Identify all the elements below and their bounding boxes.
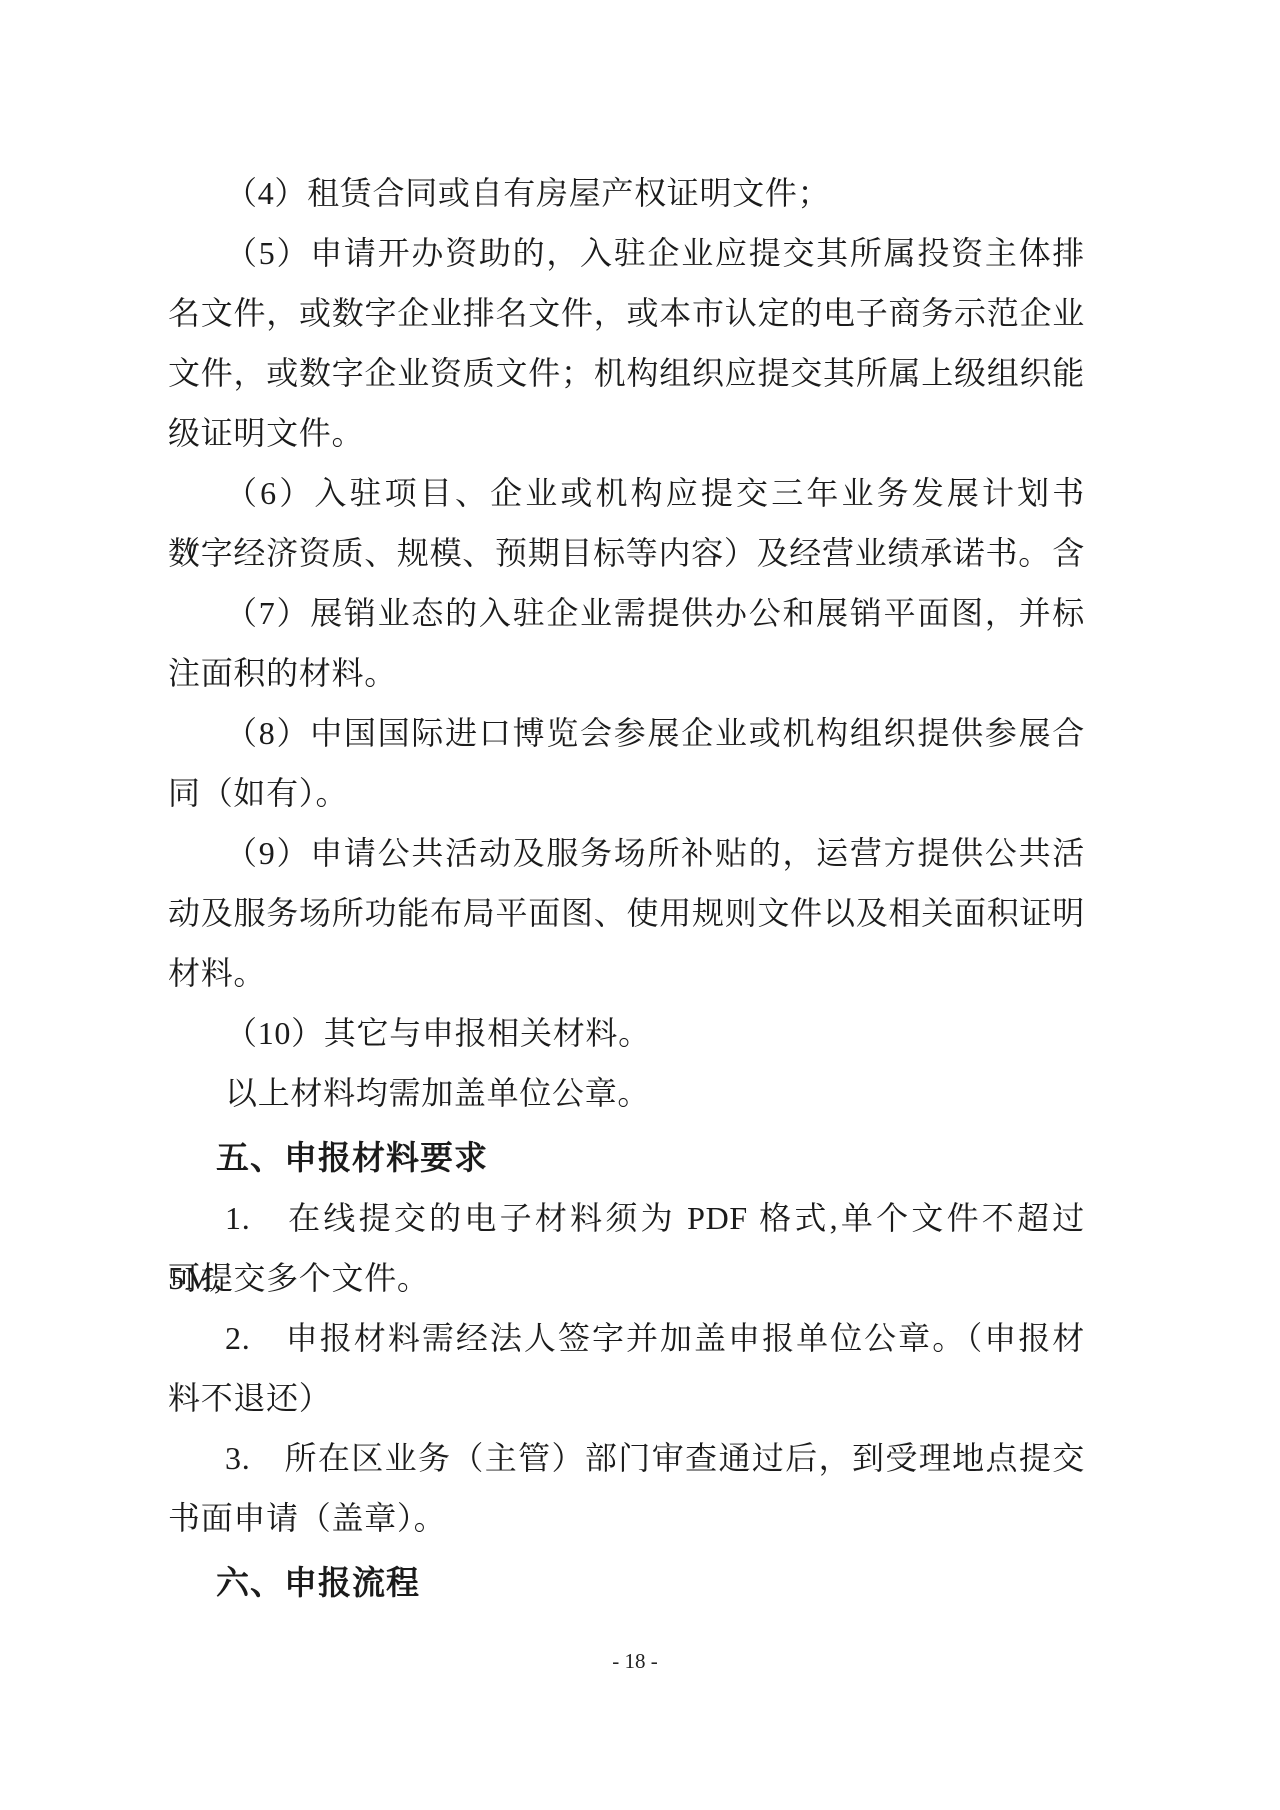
- text-line: 料不退还）: [168, 1368, 1085, 1428]
- text-line: （4）租赁合同或自有房屋产权证明文件；: [168, 163, 1085, 223]
- text-line: 3. 所在区业务（主管）部门审查通过后，到受理地点提交: [168, 1428, 1085, 1488]
- text-line: （5）申请开办资助的，入驻企业应提交其所属投资主体排: [168, 223, 1085, 283]
- section-heading: 五、申报材料要求: [168, 1128, 1085, 1188]
- text-line: （7）展销业态的入驻企业需提供办公和展销平面图，并标: [168, 583, 1085, 643]
- text-line: 级证明文件。: [168, 403, 1085, 463]
- text-line: 名文件，或数字企业排名文件，或本市认定的电子商务示范企业: [168, 283, 1085, 343]
- text-line: （8）中国国际进口博览会参展企业或机构组织提供参展合: [168, 703, 1085, 763]
- document-body: （4）租赁合同或自有房屋产权证明文件；（5）申请开办资助的，入驻企业应提交其所属…: [168, 163, 1085, 1613]
- document-page: （4）租赁合同或自有房屋产权证明文件；（5）申请开办资助的，入驻企业应提交其所属…: [0, 0, 1280, 1810]
- text-line: 材料。: [168, 943, 1085, 1003]
- text-line: 可提交多个文件。: [168, 1248, 1085, 1308]
- text-line: 2. 申报材料需经法人签字并加盖申报单位公章。（申报材: [168, 1308, 1085, 1368]
- text-line: 以上材料均需加盖单位公章。: [168, 1063, 1085, 1123]
- text-line: （6）入驻项目、企业或机构应提交三年业务发展计划书（含: [168, 463, 1085, 523]
- text-line: 文件，或数字企业资质文件；机构组织应提交其所属上级组织能: [168, 343, 1085, 403]
- text-line: 1. 在线提交的电子材料须为 PDF 格式,单个文件不超过 5M,: [168, 1188, 1085, 1248]
- section-heading: 六、申报流程: [168, 1553, 1085, 1613]
- text-line: 动及服务场所功能布局平面图、使用规则文件以及相关面积证明: [168, 883, 1085, 943]
- text-line: 注面积的材料。: [168, 643, 1085, 703]
- text-line: （9）申请公共活动及服务场所补贴的，运营方提供公共活: [168, 823, 1085, 883]
- text-line: 数字经济资质、规模、预期目标等内容）及经营业绩承诺书。: [168, 523, 1085, 583]
- page-number: - 18 -: [0, 1648, 1270, 1674]
- text-line: （10）其它与申报相关材料。: [168, 1003, 1085, 1063]
- text-line: 书面申请（盖章）。: [168, 1488, 1085, 1548]
- text-line: 同（如有）。: [168, 763, 1085, 823]
